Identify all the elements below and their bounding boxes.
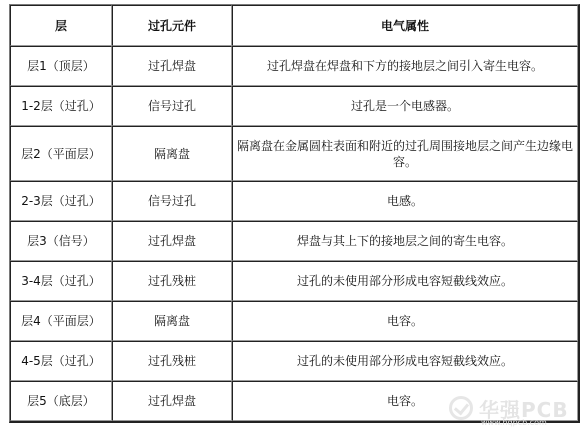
cell-layer: 层4（平面层） bbox=[10, 301, 112, 341]
cell-property: 过孔是一个电感器。 bbox=[232, 86, 578, 126]
table-row: 4-5层（过孔） 过孔残桩 过孔的未使用部分形成电容短截线效应。 bbox=[10, 341, 578, 381]
cell-element: 过孔残桩 bbox=[112, 341, 232, 381]
cell-element: 过孔焊盘 bbox=[112, 46, 232, 86]
cell-layer: 3-4层（过孔） bbox=[10, 261, 112, 301]
cell-property: 过孔的未使用部分形成电容短截线效应。 bbox=[232, 341, 578, 381]
cell-property: 电容。 bbox=[232, 381, 578, 421]
via-properties-table: 层 过孔元件 电气属性 层1（顶层） 过孔焊盘 过孔焊盘在焊盘和下方的接地层之间… bbox=[9, 4, 580, 423]
cell-layer: 层1（顶层） bbox=[10, 46, 112, 86]
cell-element: 隔离盘 bbox=[112, 301, 232, 341]
cell-layer: 4-5层（过孔） bbox=[10, 341, 112, 381]
cell-layer: 2-3层（过孔） bbox=[10, 181, 112, 221]
cell-layer: 1-2层（过孔） bbox=[10, 86, 112, 126]
table-row: 2-3层（过孔） 信号过孔 电感。 bbox=[10, 181, 578, 221]
cell-element: 过孔焊盘 bbox=[112, 381, 232, 421]
table-row: 层5（底层） 过孔焊盘 电容。 bbox=[10, 381, 578, 421]
cell-property: 焊盘与其上下的接地层之间的寄生电容。 bbox=[232, 221, 578, 261]
cell-property: 电感。 bbox=[232, 181, 578, 221]
table-row: 层1（顶层） 过孔焊盘 过孔焊盘在焊盘和下方的接地层之间引入寄生电容。 bbox=[10, 46, 578, 86]
table-header-row: 层 过孔元件 电气属性 bbox=[10, 5, 578, 46]
table-row: 1-2层（过孔） 信号过孔 过孔是一个电感器。 bbox=[10, 86, 578, 126]
table-row: 层3（信号） 过孔焊盘 焊盘与其上下的接地层之间的寄生电容。 bbox=[10, 221, 578, 261]
table-row: 3-4层（过孔） 过孔残桩 过孔的未使用部分形成电容短截线效应。 bbox=[10, 261, 578, 301]
header-layer: 层 bbox=[10, 5, 112, 46]
cell-element: 过孔焊盘 bbox=[112, 221, 232, 261]
cell-property: 隔离盘在金属圆柱表面和附近的过孔周围接地层之间产生边缘电容。 bbox=[232, 126, 578, 181]
cell-property: 过孔的未使用部分形成电容短截线效应。 bbox=[232, 261, 578, 301]
cell-element: 隔离盘 bbox=[112, 126, 232, 181]
header-electrical-property: 电气属性 bbox=[232, 5, 578, 46]
cell-element: 信号过孔 bbox=[112, 181, 232, 221]
table-row: 层2（平面层） 隔离盘 隔离盘在金属圆柱表面和附近的过孔周围接地层之间产生边缘电… bbox=[10, 126, 578, 181]
cell-property: 电容。 bbox=[232, 301, 578, 341]
table-container: 层 过孔元件 电气属性 层1（顶层） 过孔焊盘 过孔焊盘在焊盘和下方的接地层之间… bbox=[9, 4, 580, 423]
header-via-element: 过孔元件 bbox=[112, 5, 232, 46]
cell-layer: 层2（平面层） bbox=[10, 126, 112, 181]
cell-element: 过孔残桩 bbox=[112, 261, 232, 301]
cell-layer: 层5（底层） bbox=[10, 381, 112, 421]
cell-layer: 层3（信号） bbox=[10, 221, 112, 261]
cell-property: 过孔焊盘在焊盘和下方的接地层之间引入寄生电容。 bbox=[232, 46, 578, 86]
table-row: 层4（平面层） 隔离盘 电容。 bbox=[10, 301, 578, 341]
cell-element: 信号过孔 bbox=[112, 86, 232, 126]
